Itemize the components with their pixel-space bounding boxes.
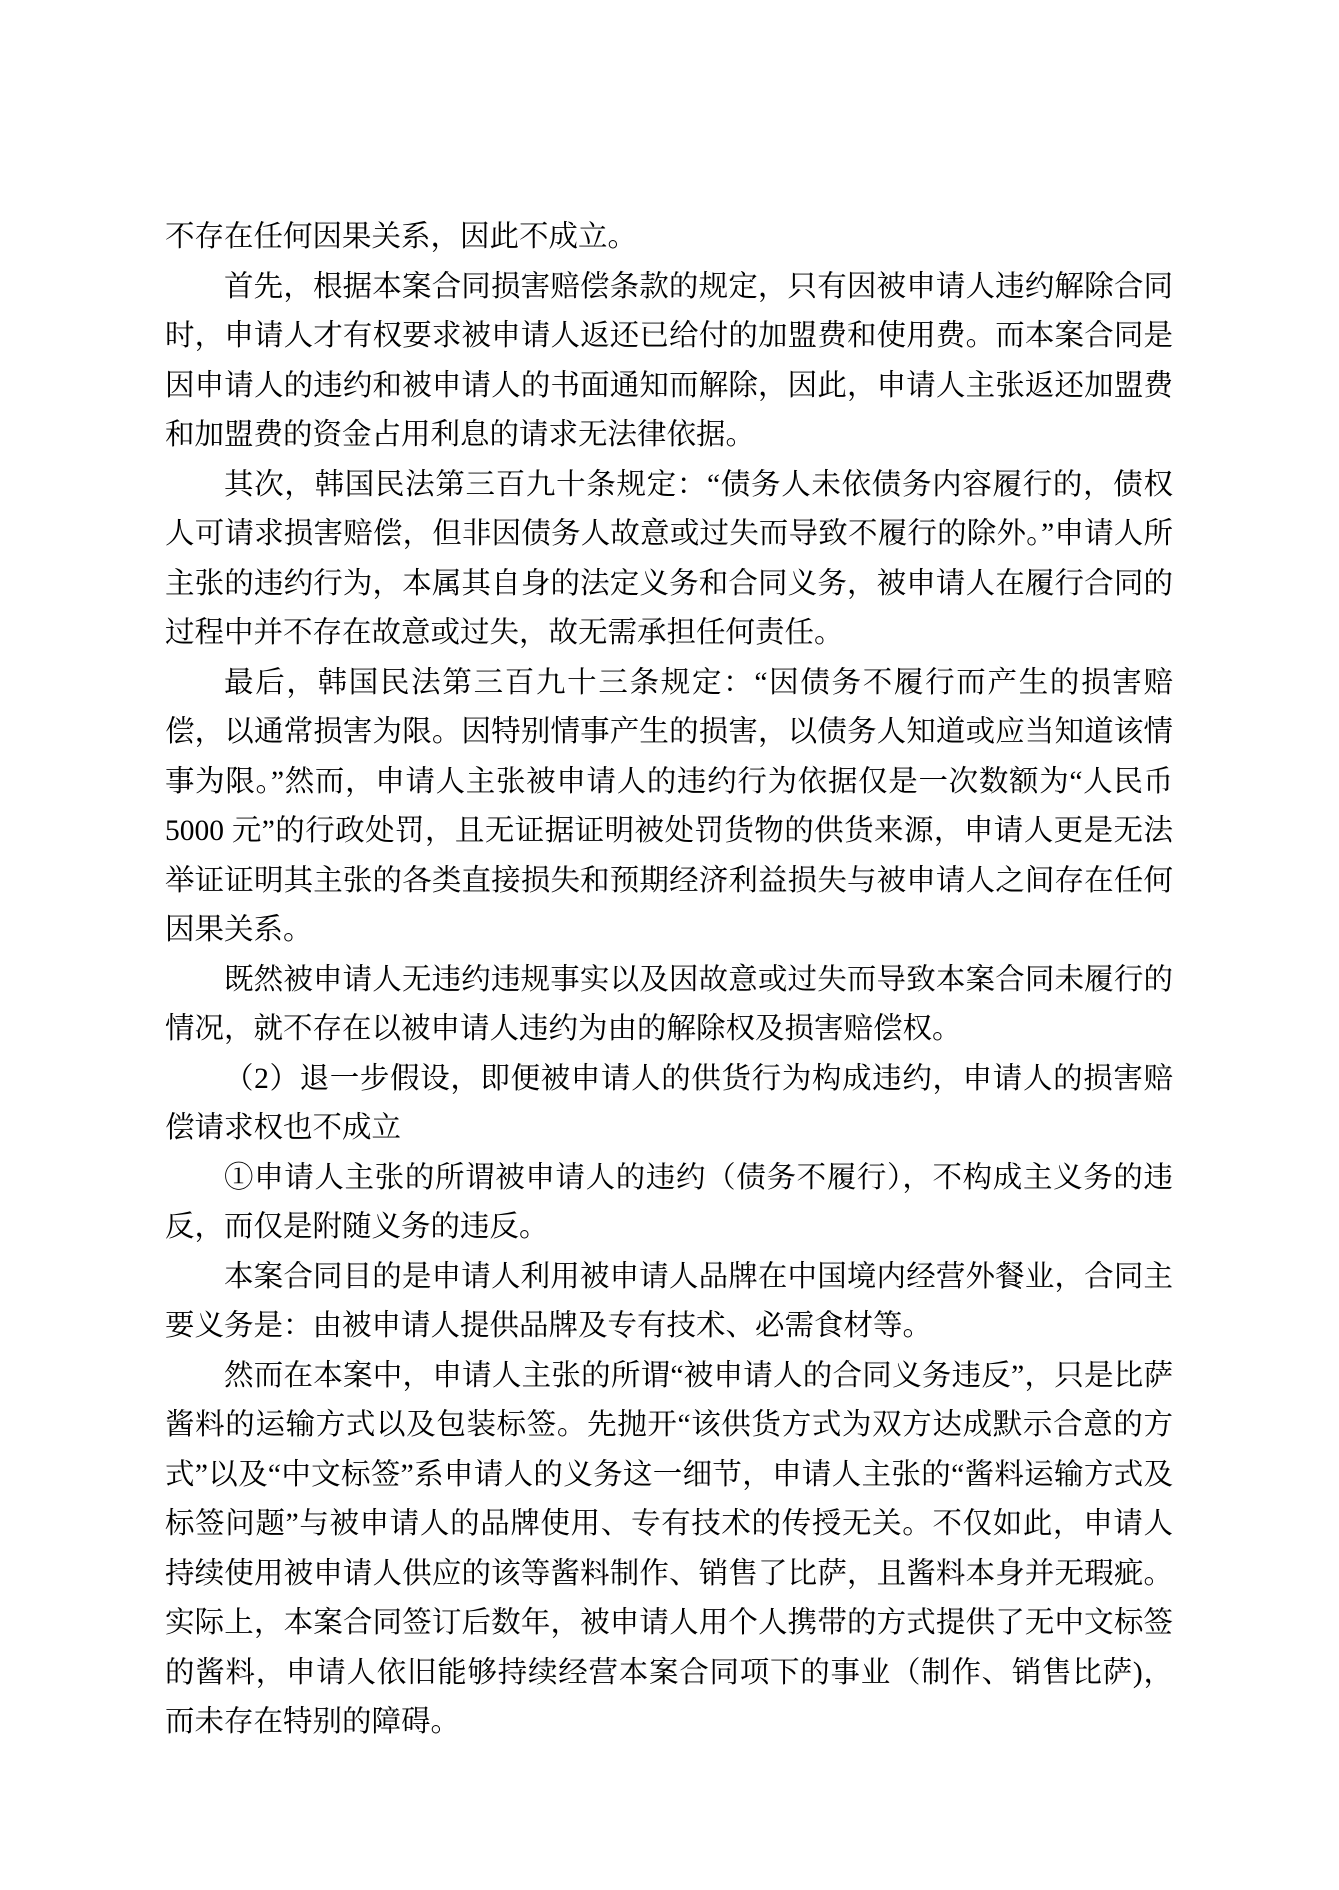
document-body: 不存在任何因果关系，因此不成立。首先，根据本案合同损害赔偿条款的规定，只有因被申… [165,213,1173,1748]
paragraph: 不存在任何因果关系，因此不成立。 [165,213,1173,263]
document-page: 不存在任何因果关系，因此不成立。首先，根据本案合同损害赔偿条款的规定，只有因被申… [0,0,1339,1890]
paragraph: 然而在本案中，申请人主张的所谓“被申请人的合同义务违反”，只是比萨酱料的运输方式… [165,1352,1173,1748]
paragraph: 本案合同目的是申请人利用被申请人品牌在中国境内经营外餐业，合同主要义务是：由被申… [165,1253,1173,1352]
paragraph: （2）退一步假设，即便被申请人的供货行为构成违约，申请人的损害赔偿请求权也不成立 [165,1055,1173,1154]
paragraph: ①申请人主张的所谓被申请人的违约（债务不履行），不构成主义务的违反，而仅是附随义… [165,1154,1173,1253]
paragraph: 首先，根据本案合同损害赔偿条款的规定，只有因被申请人违约解除合同时，申请人才有权… [165,263,1173,461]
paragraph: 最后，韩国民法第三百九十三条规定：“因债务不履行而产生的损害赔偿，以通常损害为限… [165,659,1173,956]
paragraph: 其次，韩国民法第三百九十条规定：“债务人未依债务内容履行的，债权人可请求损害赔偿… [165,461,1173,659]
paragraph: 既然被申请人无违约违规事实以及因故意或过失而导致本案合同未履行的情况，就不存在以… [165,956,1173,1055]
